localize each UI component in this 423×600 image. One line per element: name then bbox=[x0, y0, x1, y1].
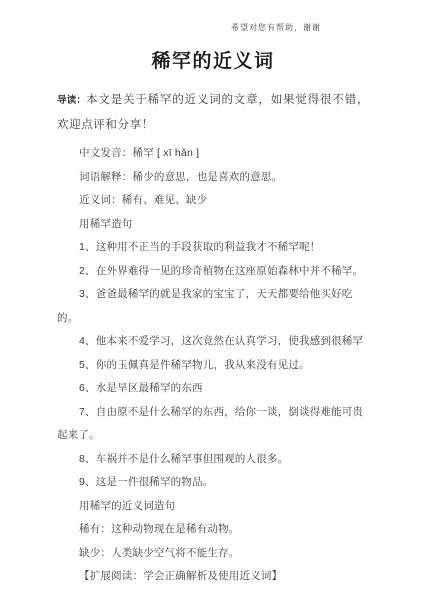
intro-lead-label: 导读： bbox=[57, 95, 86, 106]
intro-paragraph: 导读：本文是关于稀罕的近义词的文章，如果觉得很不错，欢迎点评和分享！ bbox=[57, 88, 369, 138]
synonym-sentence-queshao: 缺少：人类缺少空气将不能生存。 bbox=[57, 542, 369, 566]
document-content: 稀罕的近义词 导读：本文是关于稀罕的近义词的文章，如果觉得很不错，欢迎点评和分享… bbox=[0, 0, 423, 589]
section-heading-synonym-sentences: 用稀罕的近义词造句 bbox=[57, 495, 369, 519]
sentence-5: 5、你的玉佩真是件稀罕物儿，我从来没有见过。 bbox=[57, 354, 369, 378]
sentence-3: 3、爸爸最稀罕的就是我家的宝宝了，天天都要给他买好吃的。 bbox=[57, 283, 369, 330]
document-page: 希望对您有帮助，谢谢 稀罕的近义词 导读：本文是关于稀罕的近义词的文章，如果觉得… bbox=[0, 0, 423, 600]
header-note: 希望对您有帮助，谢谢 bbox=[231, 22, 321, 33]
sentence-1: 1、这种用不正当的手段获取的利益我才不稀罕呢！ bbox=[57, 236, 369, 260]
section-heading-sentences: 用稀罕造句 bbox=[57, 213, 369, 237]
page-title: 稀罕的近义词 bbox=[57, 48, 369, 76]
intro-text: 本文是关于稀罕的近义词的文章，如果觉得很不错，欢迎点评和分享！ bbox=[57, 94, 369, 131]
sentence-9: 9、这是一件很稀罕的物品。 bbox=[57, 471, 369, 495]
sentence-4: 4、他本来不爱学习，这次竟然在认真学习，使我感到很稀罕 bbox=[57, 330, 369, 354]
definition-line: 词语解释：稀少的意思，也是喜欢的意思。 bbox=[57, 166, 369, 190]
sentence-7: 7、自由原不是什么稀罕的东西，给你一谈，倒谈得难能可贵起来了。 bbox=[57, 401, 369, 448]
pronunciation-line: 中文发音：稀罕 [ xī hǎn ] bbox=[57, 142, 369, 166]
synonym-sentence-xiyou: 稀有：这种动物现在是稀有动物。 bbox=[57, 518, 369, 542]
synonyms-line: 近义词：稀有、难见、缺少 bbox=[57, 189, 369, 213]
sentence-2: 2、在外界难得一见的珍奇植物在这座原始森林中并不稀罕。 bbox=[57, 260, 369, 284]
extended-reading-note: 【扩展阅读：学会正确解析及使用近义词】 bbox=[57, 565, 369, 589]
sentence-6: 6、水是旱区最稀罕的东西 bbox=[57, 377, 369, 401]
sentence-8: 8、车祸并不是什么稀罕事但围观的人很多。 bbox=[57, 448, 369, 472]
